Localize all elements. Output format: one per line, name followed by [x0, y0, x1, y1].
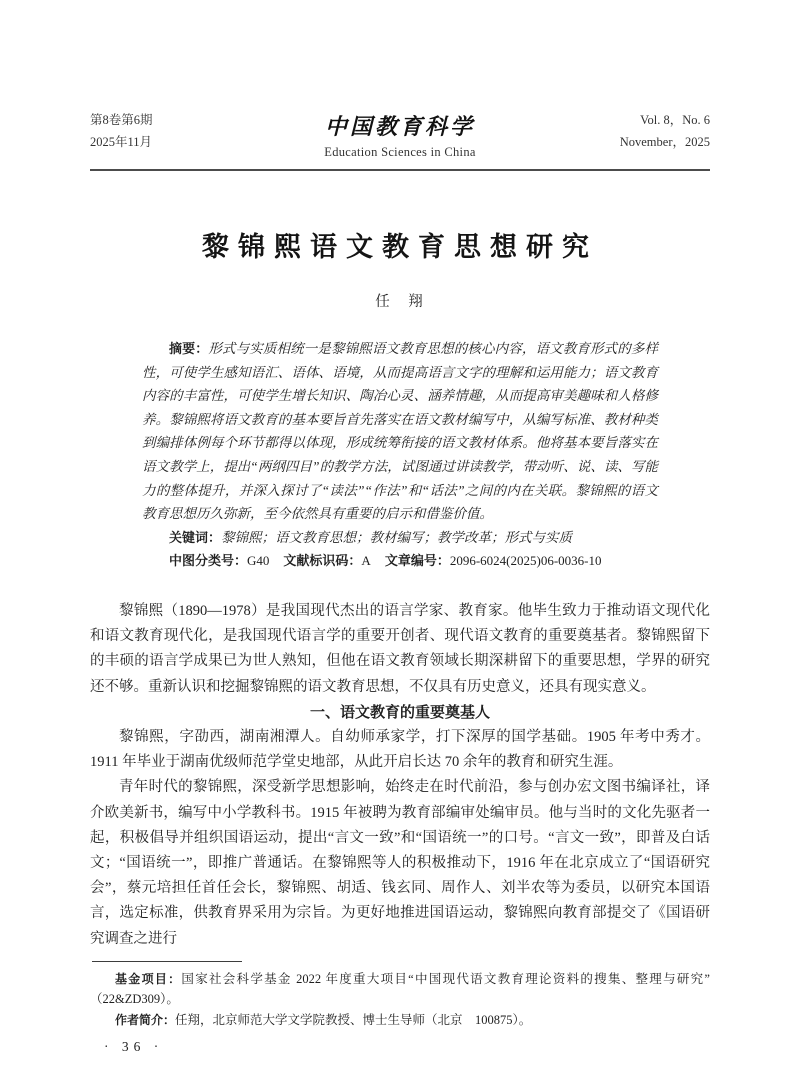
footnote-divider: [92, 961, 242, 962]
article-id-label: 文章编号：: [385, 553, 450, 568]
volume-issue-en: Vol. 8，No. 6: [560, 110, 710, 132]
journal-name-block: 中国教育科学 Education Sciences in China: [240, 110, 560, 160]
keywords-line: 关键词：黎锦熙；语文教育思想；教材编写；教学改革；形式与实质: [142, 526, 658, 550]
abstract-paragraph: 摘要：形式与实质相统一是黎锦熙语文教育思想的核心内容，语文教育形式的多样性，可使…: [142, 337, 658, 526]
journal-name-en: Education Sciences in China: [240, 145, 560, 160]
keywords-label: 关键词：: [169, 530, 221, 545]
journal-page: 第8卷第6期 2025年11月 中国教育科学 Education Science…: [0, 0, 800, 1077]
clc-value: G40: [247, 553, 269, 568]
author-bio-label: 作者简介：: [115, 1013, 175, 1027]
abstract-block: 摘要：形式与实质相统一是黎锦熙语文教育思想的核心内容，语文教育形式的多样性，可使…: [142, 337, 658, 573]
doc-code-value: A: [361, 553, 370, 568]
volume-issue-cn: 第8卷第6期: [90, 110, 240, 132]
article-body: 黎锦熙（1890—1978）是我国现代杰出的语言学家、教育家。他毕生致力于推动语…: [90, 599, 710, 952]
fund-text: 国家社会科学基金 2022 年度重大项目“中国现代语文教育理论资料的搜集、整理与…: [90, 972, 710, 1007]
author-bio-note: 作者简介：任翔，北京师范大学文学院教授、博士生导师（北京 100875）。: [90, 1010, 710, 1031]
author-bio-text: 任翔，北京师范大学文学院教授、博士生导师（北京 100875）。: [175, 1013, 531, 1027]
doc-code-label: 文献标识码：: [283, 553, 361, 568]
abstract-text: 形式与实质相统一是黎锦熙语文教育思想的核心内容，语文教育形式的多样性，可使学生感…: [142, 341, 658, 521]
fund-note: 基金项目：国家社会科学基金 2022 年度重大项目“中国现代语文教育理论资料的搜…: [90, 969, 710, 1010]
section-1-paragraph-1: 黎锦熙，字劭西，湖南湘潭人。自幼师承家学，打下深厚的国学基础。1905 年考中秀…: [90, 725, 710, 775]
keywords-text: 黎锦熙；语文教育思想；教材编写；教学改革；形式与实质: [221, 530, 572, 545]
page-number: · 36 ·: [90, 1039, 710, 1055]
intro-paragraph: 黎锦熙（1890—1978）是我国现代杰出的语言学家、教育家。他毕生致力于推动语…: [90, 599, 710, 700]
footnote-block: 基金项目：国家社会科学基金 2022 年度重大项目“中国现代语文教育理论资料的搜…: [90, 961, 710, 1031]
article-author: 任 翔: [90, 290, 710, 311]
header-issue-info: 第8卷第6期 2025年11月: [90, 110, 240, 154]
section-1-heading: 一、语文教育的重要奠基人: [90, 700, 710, 725]
header-volume-info-en: Vol. 8，No. 6 November，2025: [560, 110, 710, 154]
classification-line: 中图分类号：G40文献标识码：A文章编号：2096-6024(2025)06-0…: [142, 549, 658, 573]
header-divider: [90, 169, 710, 171]
abstract-label: 摘要：: [169, 341, 208, 356]
fund-label: 基金项目：: [115, 972, 181, 986]
section-1-paragraph-2: 青年时代的黎锦熙，深受新学思想影响，始终走在时代前沿，参与创办宏文图书编译社，译…: [90, 775, 710, 951]
article-id-value: 2096-6024(2025)06-0036-10: [450, 553, 602, 568]
journal-header: 第8卷第6期 2025年11月 中国教育科学 Education Science…: [90, 110, 710, 160]
journal-name-cn: 中国教育科学: [240, 110, 560, 141]
date-cn: 2025年11月: [90, 132, 240, 154]
article-title: 黎锦熙语文教育思想研究: [90, 225, 710, 264]
date-en: November，2025: [560, 132, 710, 154]
clc-label: 中图分类号：: [169, 553, 247, 568]
